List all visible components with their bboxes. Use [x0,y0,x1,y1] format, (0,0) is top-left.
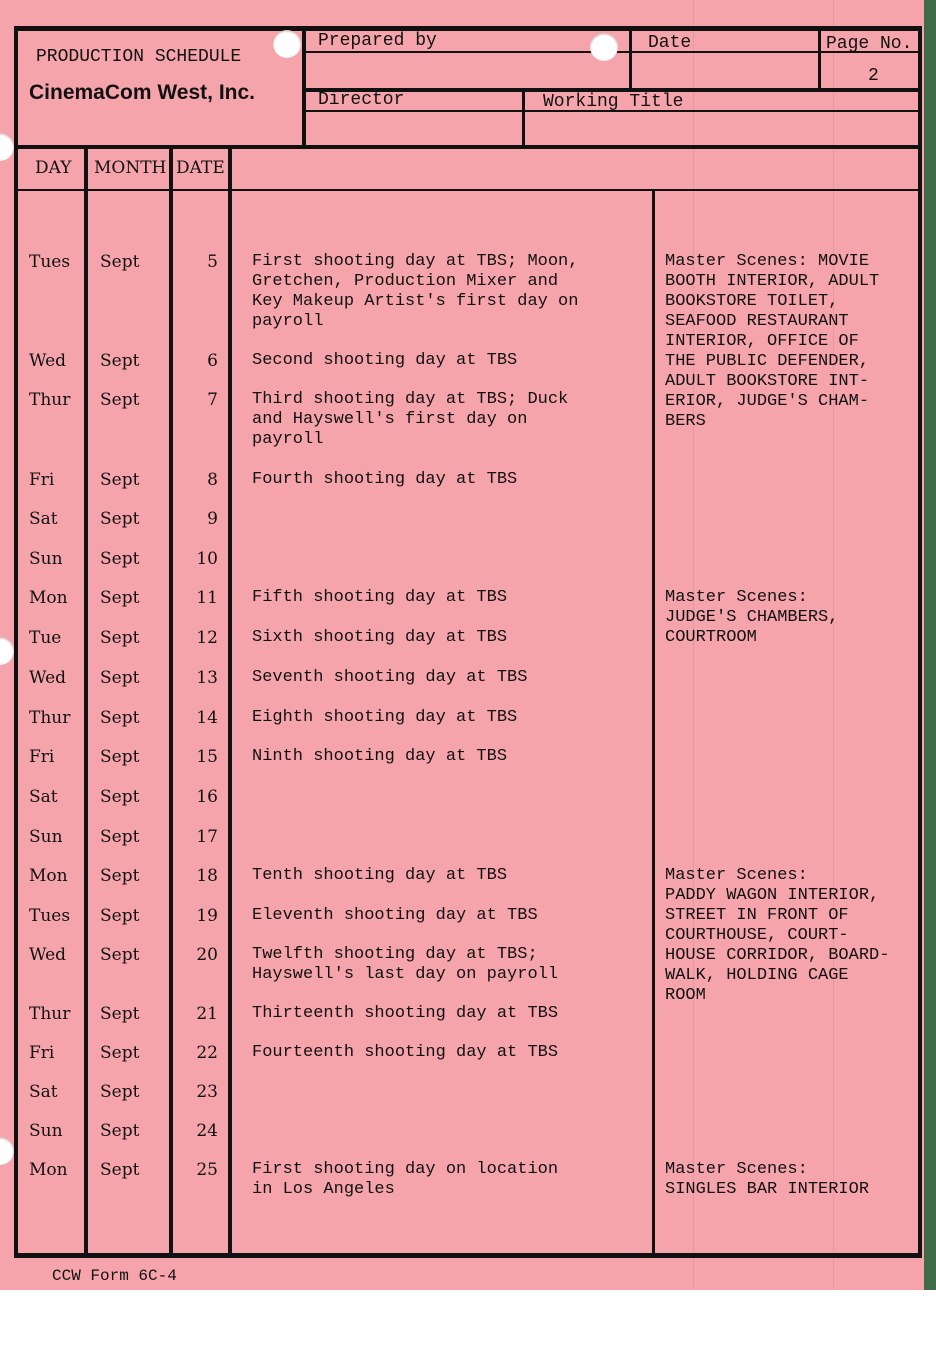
row-date: 17 [172,827,218,847]
row-month: Sept [100,747,139,767]
header-bottom-rule [14,145,922,149]
row-day: Mon [29,588,68,608]
column-header-day: DAY [35,158,71,178]
row-day: Mon [29,1160,68,1180]
row-date: 5 [172,252,218,272]
column-divider-date [228,148,232,1256]
row-description: Third shooting day at TBS; Duck and Hays… [252,390,647,450]
row-month: Sept [100,390,139,410]
row-description: Sixth shooting day at TBS [252,628,647,648]
row-date: 24 [172,1121,218,1141]
row-description: Thirteenth shooting day at TBS [252,1004,647,1024]
row-description: First shooting day at TBS; Moon, Gretche… [252,252,647,332]
row-date: 18 [172,866,218,886]
row-month: Sept [100,1121,139,1141]
working-title-field[interactable] [543,116,913,140]
row-day: Mon [29,866,68,886]
header-divider [629,30,632,90]
row-description: Fourth shooting day at TBS [252,470,647,490]
row-month: Sept [100,945,139,965]
header-divider [818,30,821,90]
punch-hole [590,33,618,61]
row-day: Fri [29,1043,54,1063]
row-day: Tues [29,252,70,272]
row-day: Sun [29,827,63,847]
row-month: Sept [100,351,139,371]
row-month: Sept [100,509,139,529]
company-name: CinemaCom West, Inc. [29,83,255,103]
row-day: Sun [29,1121,63,1141]
row-date: 22 [172,1043,218,1063]
row-date: 12 [172,628,218,648]
row-date: 6 [172,351,218,371]
row-date: 23 [172,1082,218,1102]
prepared-by-field[interactable] [318,60,624,84]
row-day: Sat [29,1082,58,1102]
row-description: Fifth shooting day at TBS [252,588,647,608]
row-date: 20 [172,945,218,965]
row-description: Twelfth shooting day at TBS; Hayswell's … [252,945,647,985]
column-header-month: MONTH [94,158,166,178]
row-day: Wed [29,945,66,965]
row-description: Eighth shooting day at TBS [252,708,647,728]
row-day: Wed [29,668,66,688]
row-description: Tenth shooting day at TBS [252,866,647,886]
row-month: Sept [100,668,139,688]
row-date: 9 [172,509,218,529]
column-header-date: DATE [176,158,225,178]
page-no-value: 2 [868,66,879,86]
master-scenes-note: Master Scenes: MOVIE BOOTH INTERIOR, ADU… [665,252,920,432]
row-month: Sept [100,787,139,807]
punch-hole [0,1137,14,1165]
row-month: Sept [100,866,139,886]
director-field[interactable] [318,116,514,140]
row-date: 25 [172,1160,218,1180]
row-date: 15 [172,747,218,767]
row-month: Sept [100,906,139,926]
column-header-rule [14,189,922,191]
prepared-by-label: Prepared by [318,31,437,51]
working-title-label: Working Title [543,92,683,112]
column-divider-notes [652,190,655,1256]
punch-hole [0,637,14,665]
row-date: 13 [172,668,218,688]
row-day: Sat [29,787,58,807]
form-title: PRODUCTION SCHEDULE [36,47,241,67]
row-month: Sept [100,1160,139,1180]
row-description: Fourteenth shooting day at TBS [252,1043,647,1063]
scanner-edge [924,0,936,1290]
punch-hole [273,30,301,58]
schedule-form-sheet: PRODUCTION SCHEDULE CinemaCom West, Inc.… [0,0,924,1290]
row-month: Sept [100,252,139,272]
row-day: Tues [29,906,70,926]
master-scenes-note: Master Scenes: PADDY WAGON INTERIOR, STR… [665,866,920,1006]
master-scenes-note: Master Scenes: JUDGE'S CHAMBERS, COURTRO… [665,588,920,648]
director-label: Director [318,90,404,110]
row-day: Tue [29,628,61,648]
form-left-border [14,26,18,1258]
row-day: Fri [29,470,54,490]
punch-hole [0,133,14,161]
row-date: 8 [172,470,218,490]
form-top-border [14,26,922,31]
page-no-label: Page No. [826,34,912,54]
column-divider-day [84,148,88,1256]
row-description: Ninth shooting day at TBS [252,747,647,767]
row-day: Fri [29,747,54,767]
row-date: 11 [172,588,218,608]
row-day: Wed [29,351,66,371]
row-month: Sept [100,628,139,648]
row-month: Sept [100,708,139,728]
form-number: CCW Form 6C-4 [52,1267,177,1285]
row-day: Sat [29,509,58,529]
row-month: Sept [100,549,139,569]
row-description: Second shooting day at TBS [252,351,647,371]
row-date: 19 [172,906,218,926]
row-month: Sept [100,470,139,490]
row-date: 7 [172,390,218,410]
row-day: Sun [29,549,63,569]
row-description: Seventh shooting day at TBS [252,668,647,688]
header-divider [522,92,525,146]
row-date: 10 [172,549,218,569]
row-month: Sept [100,1043,139,1063]
row-date: 21 [172,1004,218,1024]
header-divider [302,28,306,146]
row-date: 16 [172,787,218,807]
row-month: Sept [100,1004,139,1024]
row-day: Thur [29,390,70,410]
row-day: Thur [29,1004,70,1024]
row-month: Sept [100,827,139,847]
row-date: 14 [172,708,218,728]
row-month: Sept [100,588,139,608]
master-scenes-note: Master Scenes: SINGLES BAR INTERIOR [665,1160,920,1200]
date-field[interactable] [640,60,812,84]
date-label: Date [648,33,691,53]
row-description: First shooting day on location in Los An… [252,1160,647,1200]
row-month: Sept [100,1082,139,1102]
row-day: Thur [29,708,70,728]
row-description: Eleventh shooting day at TBS [252,906,647,926]
form-bottom-border [14,1253,922,1258]
